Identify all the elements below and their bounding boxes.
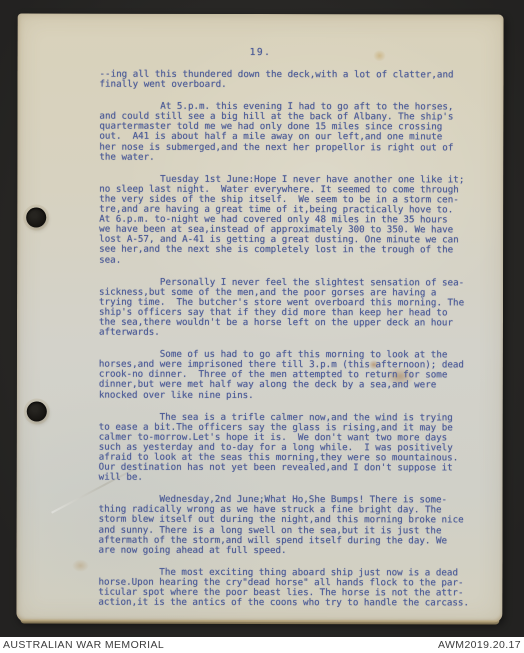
footer-accession-number: AWM2019.20.17 — [438, 639, 521, 651]
scan-frame: 19. --ing all this thundered down the de… — [0, 0, 524, 653]
paragraph: Tuesday 1st June:Hope I never have anoth… — [99, 174, 481, 266]
page-number: 19. — [18, 46, 504, 58]
paragraph: At 5.p.m. this evening I had to go aft t… — [99, 102, 481, 163]
catalog-caption-bar: AUSTRALIAN WAR MEMORIAL AWM2019.20.17 — [0, 637, 524, 653]
footer-institution-label: AUSTRALIAN WAR MEMORIAL — [3, 639, 164, 651]
document-page: 19. --ing all this thundered down the de… — [16, 13, 503, 622]
scanner-background: 19. --ing all this thundered down the de… — [0, 0, 524, 637]
typewritten-text: --ing all this thundered down the deck,w… — [98, 70, 481, 621]
paragraph: The sea is a trifle calmer now,and the w… — [99, 412, 481, 483]
paragraph: Personally I never feel the slightest se… — [99, 277, 481, 338]
punch-hole-top — [26, 208, 46, 228]
paper-stain — [72, 560, 88, 572]
paragraph: --ing all this thundered down the deck,w… — [99, 70, 481, 91]
punch-hole-bottom — [27, 402, 47, 422]
paragraph: Some of us had to go aft this morning to… — [99, 350, 481, 401]
paragraph: The most exciting thing aboard ship just… — [98, 568, 480, 609]
paragraph: Wednesday,2nd June;What Ho,She Bumps! Th… — [99, 495, 481, 556]
